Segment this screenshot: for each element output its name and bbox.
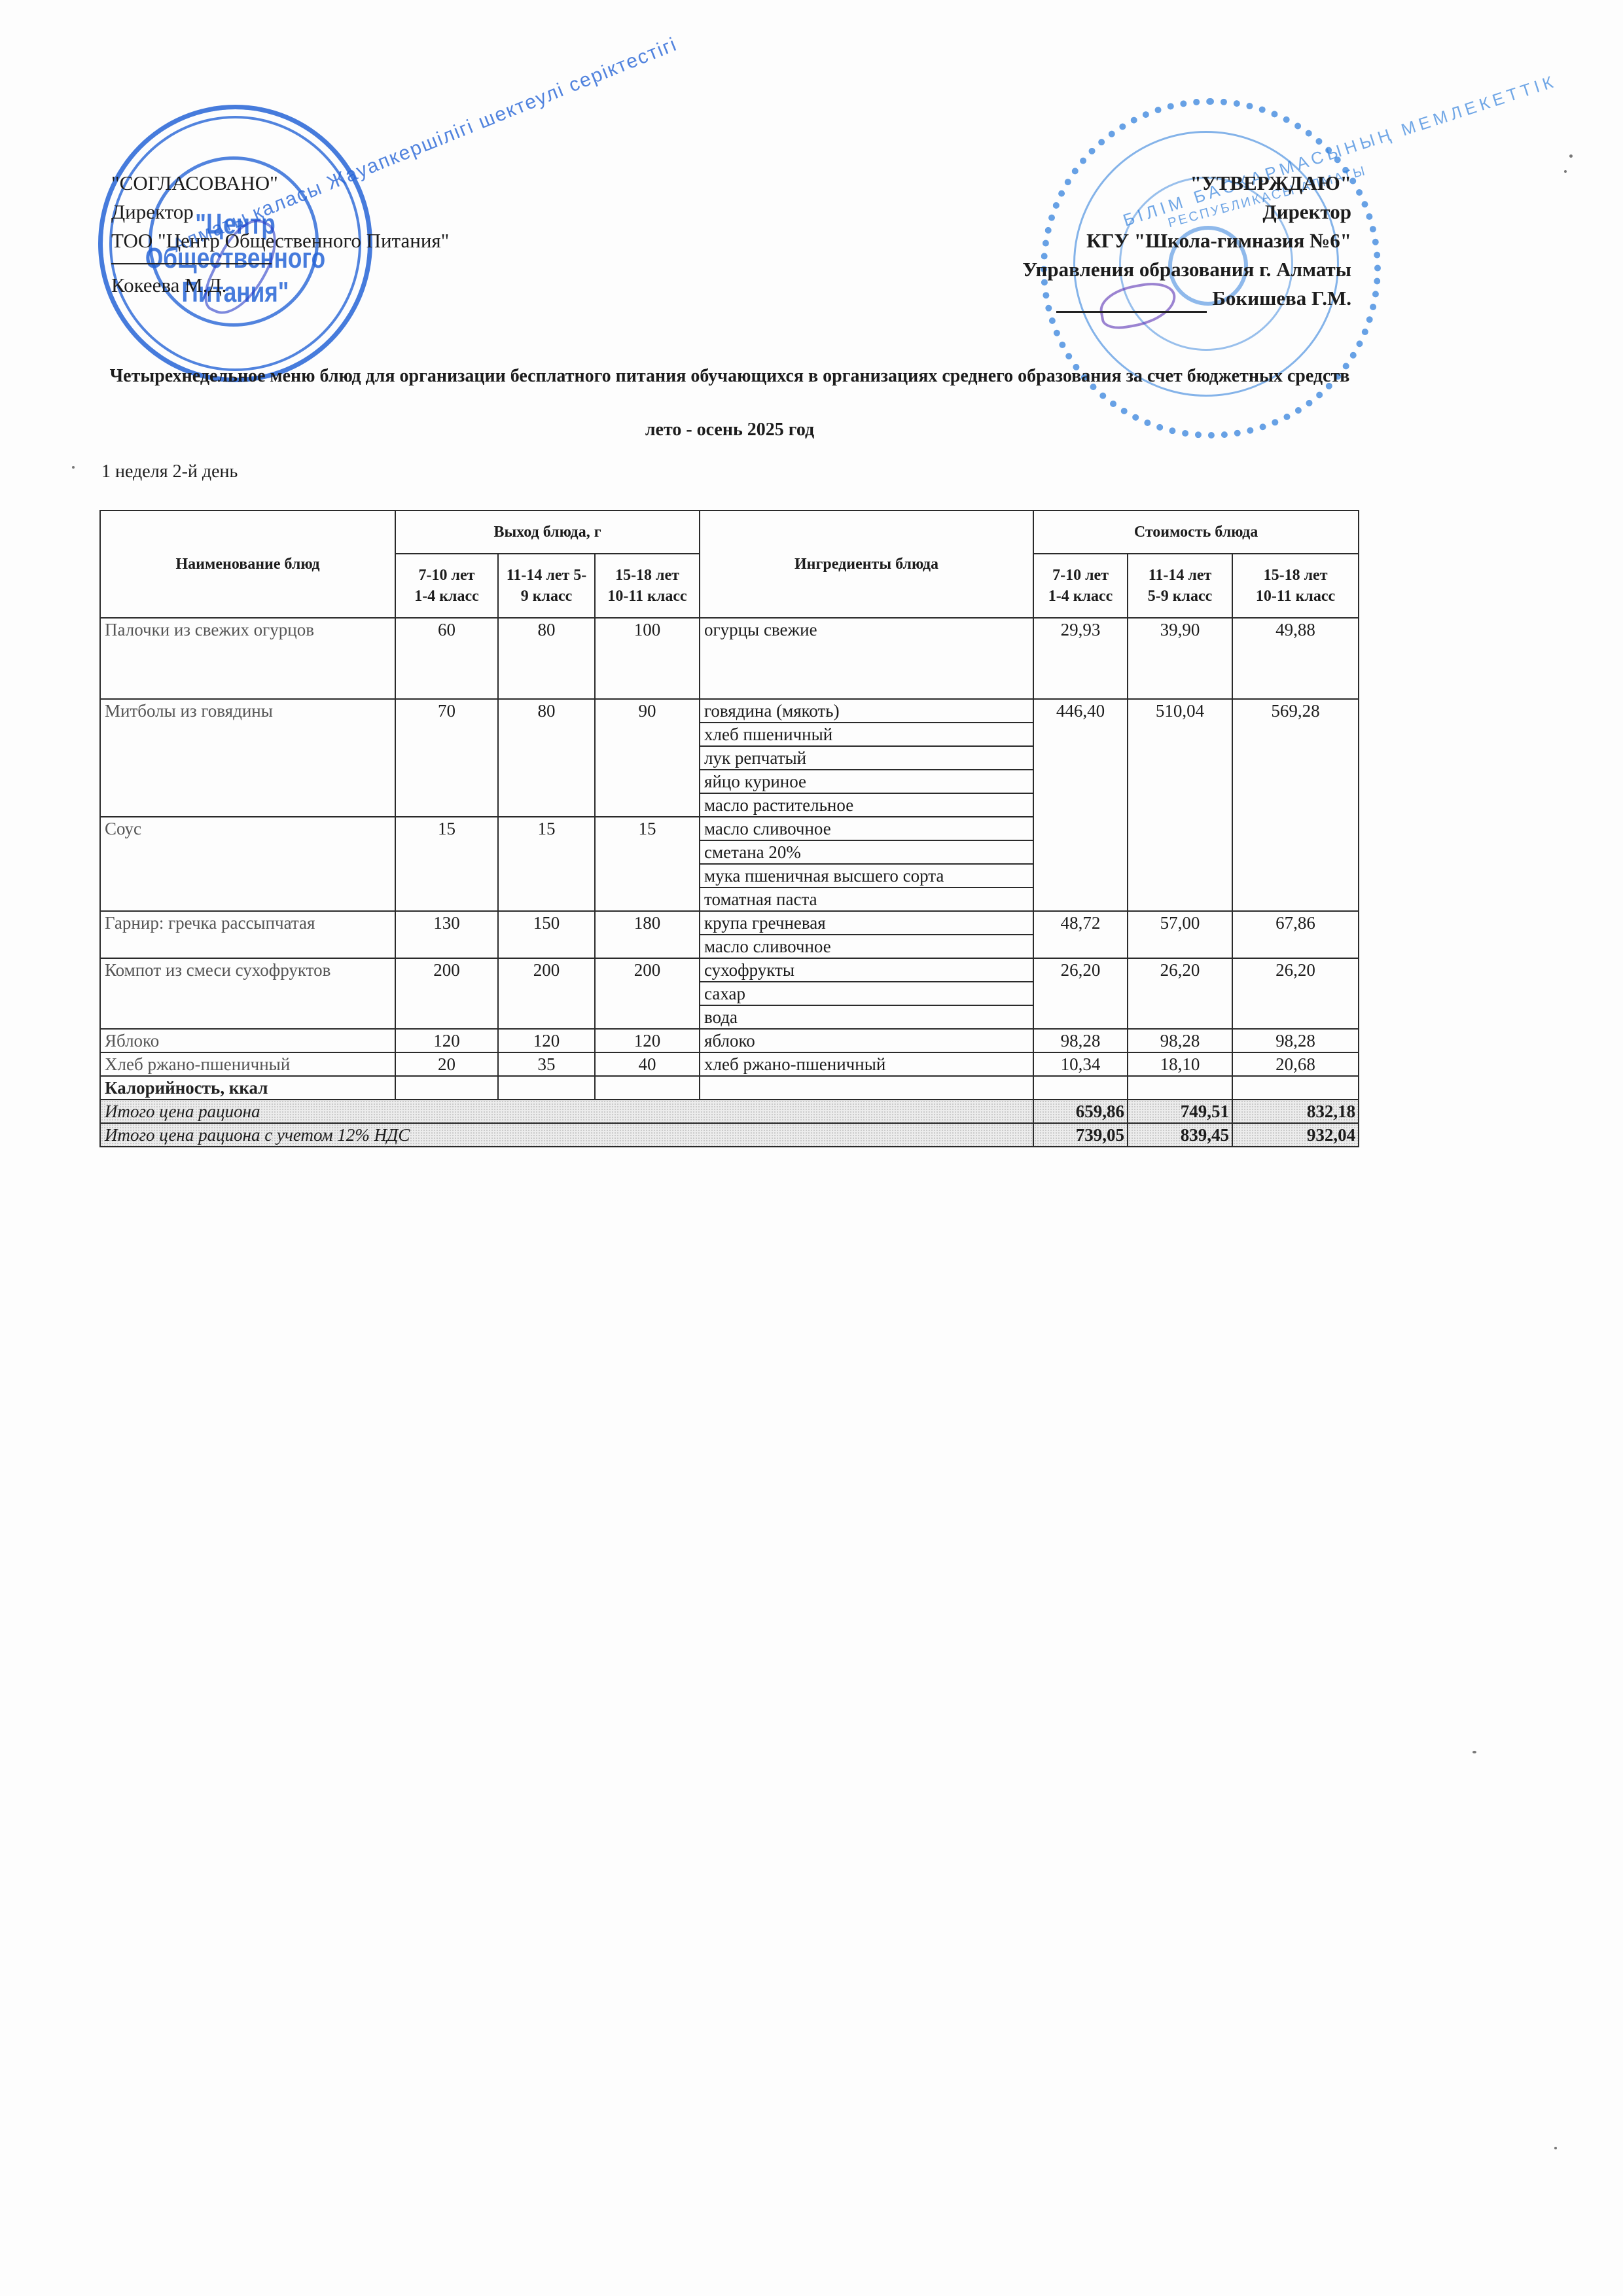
cost-value: 10,34 <box>1033 1052 1128 1076</box>
cost-value: 26,20 <box>1033 958 1128 1029</box>
total-value: 659,86 <box>1033 1100 1128 1123</box>
cost-value: 48,72 <box>1033 911 1128 958</box>
document-season: лето - осень 2025 год <box>98 420 1361 440</box>
yield-value: 130 <box>395 911 498 958</box>
yield-value: 15 <box>595 817 700 911</box>
signature-line-right <box>1056 287 1207 313</box>
yield-value: 80 <box>498 699 595 817</box>
cost-value: 98,28 <box>1033 1029 1128 1052</box>
scan-speck <box>1569 154 1573 158</box>
ingredient: масло сливочное <box>700 817 1033 840</box>
approval-right-department: Управления образования г. Алматы <box>1022 255 1351 284</box>
cost-value: 98,28 <box>1128 1029 1232 1052</box>
yield-value: 180 <box>595 911 700 958</box>
approval-right-signatory: Бокишева Г.М. <box>1212 284 1351 313</box>
ingredient: хлеб пшеничный <box>700 723 1033 746</box>
dish-name: Митболы из говядины <box>100 699 395 817</box>
header-yield-col: 7-10 лет 1-4 класс <box>395 554 498 618</box>
total-value: 932,04 <box>1232 1123 1359 1147</box>
yield-value: 200 <box>595 958 700 1029</box>
yield-value: 120 <box>498 1029 595 1052</box>
ingredient: сахар <box>700 982 1033 1005</box>
menu-table: Наименование блюд Выход блюда, г Ингреди… <box>99 510 1359 1147</box>
calories-yield-value <box>595 1076 700 1100</box>
ingredient: яйцо куриное <box>700 770 1033 793</box>
header-ingredients: Ингредиенты блюда <box>700 511 1033 618</box>
approval-left-status: "СОГЛАСОВАНО" <box>111 169 449 198</box>
document-title: Четырехнедельное меню блюд для организац… <box>98 363 1361 389</box>
ingredient: огурцы свежие <box>700 618 1033 699</box>
total-label: Итого цена рациона <box>100 1100 1033 1123</box>
cost-value: 569,28 <box>1232 699 1359 911</box>
yield-value: 200 <box>498 958 595 1029</box>
calories-yield-value <box>498 1076 595 1100</box>
approval-right-status: "УТВЕРЖДАЮ" <box>1022 169 1351 198</box>
yield-value: 70 <box>395 699 498 817</box>
scan-speck <box>1554 2147 1557 2149</box>
header-yield-group: Выход блюда, г <box>395 511 700 554</box>
calories-cost-value <box>1128 1076 1232 1100</box>
scan-speck <box>1472 1751 1476 1753</box>
header-dish-name: Наименование блюд <box>100 511 395 618</box>
approval-right-signature-row: Бокишева Г.М. <box>1022 284 1351 313</box>
dish-name: Яблоко <box>100 1029 395 1052</box>
approval-right-position: Директор <box>1022 198 1351 226</box>
yield-value: 200 <box>395 958 498 1029</box>
total-value: 839,45 <box>1128 1123 1232 1147</box>
cost-value: 98,28 <box>1232 1029 1359 1052</box>
header-cost-col: 11-14 лет 5-9 класс <box>1128 554 1232 618</box>
ingredient: хлеб ржано-пшеничный <box>700 1052 1033 1076</box>
table-row: Хлеб ржано-пшеничный203540хлеб ржано-пше… <box>100 1052 1359 1076</box>
scan-speck <box>72 466 75 469</box>
cost-value: 57,00 <box>1128 911 1232 958</box>
ingredient: сметана 20% <box>700 840 1033 864</box>
yield-value: 15 <box>395 817 498 911</box>
dish-name: Хлеб ржано-пшеничный <box>100 1052 395 1076</box>
yield-value: 20 <box>395 1052 498 1076</box>
ingredient: мука пшеничная высшего сорта <box>700 864 1033 888</box>
ingredient: вода <box>700 1005 1033 1029</box>
dish-name: Соус <box>100 817 395 911</box>
approval-left-organization: ТОО "Центр Общественного Питания" <box>111 226 449 255</box>
cost-value: 446,40 <box>1033 699 1128 911</box>
cost-value: 510,04 <box>1128 699 1232 911</box>
yield-value: 40 <box>595 1052 700 1076</box>
yield-value: 90 <box>595 699 700 817</box>
yield-value: 35 <box>498 1052 595 1076</box>
day-label: 1 неделя 2-й день <box>101 461 238 482</box>
header-yield-col: 11-14 лет 5- 9 класс <box>498 554 595 618</box>
total-row: Итого цена рациона659,86749,51832,18 <box>100 1100 1359 1123</box>
cost-value: 26,20 <box>1128 958 1232 1029</box>
ingredient: масло растительное <box>700 793 1033 817</box>
table-row: Митболы из говядины708090говядина (мякот… <box>100 699 1359 723</box>
calories-yield-value <box>395 1076 498 1100</box>
cost-value: 29,93 <box>1033 618 1128 699</box>
header-cost-col: 15-18 лет 10-11 класс <box>1232 554 1359 618</box>
total-value: 739,05 <box>1033 1123 1128 1147</box>
cost-value: 20,68 <box>1232 1052 1359 1076</box>
ingredient: яблоко <box>700 1029 1033 1052</box>
dish-name: Палочки из свежих огурцов <box>100 618 395 699</box>
dish-name: Компот из смеси сухофруктов <box>100 958 395 1029</box>
yield-value: 150 <box>498 911 595 958</box>
calories-label: Калорийность, ккал <box>100 1076 395 1100</box>
calories-row: Калорийность, ккал <box>100 1076 1359 1100</box>
dish-name: Гарнир: гречка рассыпчатая <box>100 911 395 958</box>
table-row: Компот из смеси сухофруктов200200200сухо… <box>100 958 1359 982</box>
cost-value: 18,10 <box>1128 1052 1232 1076</box>
total-value: 749,51 <box>1128 1100 1232 1123</box>
total-label: Итого цена рациона с учетом 12% НДС <box>100 1123 1033 1147</box>
yield-value: 60 <box>395 618 498 699</box>
table-row: Гарнир: гречка рассыпчатая130150180крупа… <box>100 911 1359 935</box>
yield-value: 100 <box>595 618 700 699</box>
approval-left-signatory: Кокеева М.Д. <box>111 271 449 300</box>
table-row: Палочки из свежих огурцов6080100огурцы с… <box>100 618 1359 699</box>
cost-value: 67,86 <box>1232 911 1359 958</box>
ingredient: сухофрукты <box>700 958 1033 982</box>
ingredient: лук репчатый <box>700 746 1033 770</box>
header-yield-col: 15-18 лет 10-11 класс <box>595 554 700 618</box>
ingredient: говядина (мякоть) <box>700 699 1033 723</box>
signature-line-left <box>111 257 272 264</box>
table-row: Яблоко120120120яблоко98,2898,2898,28 <box>100 1029 1359 1052</box>
yield-value: 15 <box>498 817 595 911</box>
cost-value: 49,88 <box>1232 618 1359 699</box>
calories-cost-value <box>1232 1076 1359 1100</box>
total-row: Итого цена рациона с учетом 12% НДС739,0… <box>100 1123 1359 1147</box>
ingredient: крупа гречневая <box>700 911 1033 935</box>
header-cost-group: Стоимость блюда <box>1033 511 1359 554</box>
yield-value: 120 <box>595 1029 700 1052</box>
yield-value: 80 <box>498 618 595 699</box>
scan-speck <box>1564 170 1567 173</box>
approval-left-position: Директор <box>111 198 449 226</box>
yield-value: 120 <box>395 1029 498 1052</box>
cost-value: 26,20 <box>1232 958 1359 1029</box>
calories-cost-value <box>1033 1076 1128 1100</box>
total-value: 832,18 <box>1232 1100 1359 1123</box>
approval-block-right: "УТВЕРЖДАЮ" Директор КГУ "Школа-гимназия… <box>1022 169 1351 313</box>
cost-value: 39,90 <box>1128 618 1232 699</box>
approval-block-left: "СОГЛАСОВАНО" Директор ТОО "Центр Общест… <box>111 169 449 300</box>
header-cost-col: 7-10 лет 1-4 класс <box>1033 554 1128 618</box>
calories-ingredient <box>700 1076 1033 1100</box>
approval-right-organization: КГУ "Школа-гимназия №6" <box>1022 226 1351 255</box>
ingredient: томатная паста <box>700 888 1033 911</box>
ingredient: масло сливочное <box>700 935 1033 958</box>
